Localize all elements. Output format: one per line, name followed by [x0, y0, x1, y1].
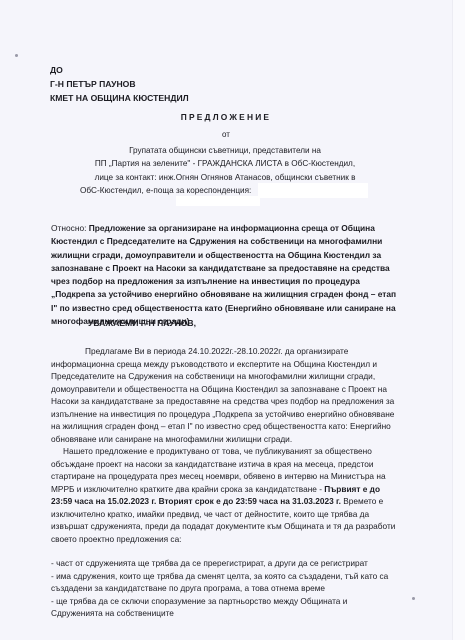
letter-body: Предлагаме Ви в периода 24.10.2022г.-28.… [51, 345, 401, 620]
subject-block: Относно: Предложение за организиране на … [51, 222, 399, 328]
sender-line-1: Групатата общински съветници, представит… [60, 144, 390, 157]
bullet-item: - ще трябва да се сключи споразумение за… [51, 595, 401, 620]
from-label: от [0, 130, 452, 139]
redacted-email [258, 183, 368, 198]
subject-label: Относно: [51, 223, 89, 233]
bullet-item: - част от сдруженията ще трябва да се пр… [51, 557, 401, 570]
addressee-to: ДО [50, 63, 189, 77]
scan-speck [15, 54, 18, 57]
page-edge [452, 0, 465, 640]
scan-speck [412, 597, 415, 600]
addressee-name: Г-Н ПЕТЪР ПАУНОВ [50, 77, 189, 91]
redacted-email-extra [176, 196, 260, 206]
document-title: ПРЕДЛОЖЕНИЕ [0, 112, 452, 122]
subject-text: Предложение за организиране на информаци… [51, 223, 396, 326]
paragraph-2: Нашето предложение е продиктувано от тов… [51, 445, 401, 545]
addressee-position: КМЕТ НА ОБЩИНА КЮСТЕНДИЛ [50, 91, 189, 105]
salutation: УВАЖАЕМИ Г-Н ПАУНОВ, [88, 318, 196, 328]
bullet-item: - има сдружения, които ще трябва да смен… [51, 570, 401, 595]
addressee-block: ДО Г-Н ПЕТЪР ПАУНОВ КМЕТ НА ОБЩИНА КЮСТЕ… [50, 63, 189, 105]
paragraph-1: Предлагаме Ви в периода 24.10.2022г.-28.… [51, 345, 401, 445]
sender-line-2: ПП „Партия на зелените" - ГРАЖДАНСКА ЛИС… [60, 157, 390, 170]
